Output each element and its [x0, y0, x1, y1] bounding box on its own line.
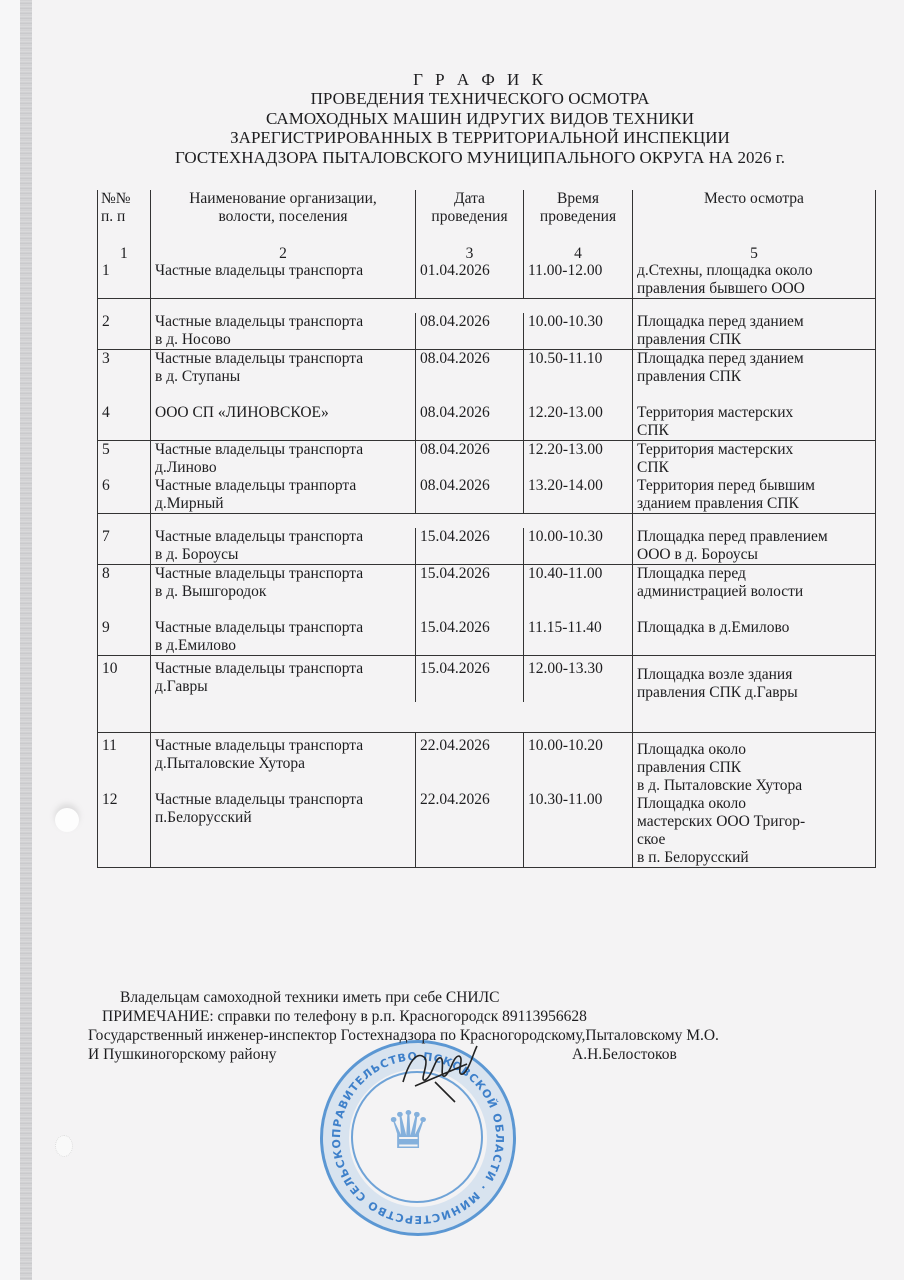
document-footer: Владельцам самоходной техники иметь при …	[88, 988, 719, 1064]
signer-name: А.Н.Белостоков	[572, 1045, 677, 1064]
row-time: 10.40-11.00	[528, 565, 628, 619]
table-row-group: 3 4 Частные владельцы транспорта в д. Ст…	[98, 350, 876, 441]
punch-hole	[55, 808, 79, 832]
row-number: 11	[102, 737, 146, 791]
row-place: д.Стехны, площадка около правления бывше…	[633, 262, 876, 299]
contact-note: ПРИМЕЧАНИЕ: справки по телефону в р.п. К…	[88, 1007, 719, 1026]
row-time: 10.00-10.20	[528, 737, 628, 791]
table-row: 2 Частные владельцы транспорта в д. Носо…	[98, 313, 876, 350]
table-row-group: 11 12 Частные владельцы транспорта д.Пыт…	[98, 733, 876, 868]
row-name: Частные владельцы транспорта д.Гавры	[151, 656, 416, 703]
row-time: 10.50-11.10	[528, 350, 628, 404]
column-number: 3	[416, 246, 524, 262]
column-number: 2	[151, 246, 416, 262]
row-place: Площадка в д.Емилово	[637, 619, 871, 655]
row-date: 15.04.2026	[416, 656, 524, 703]
row-gap	[98, 299, 876, 314]
row-number: 5	[102, 441, 146, 477]
row-gap	[98, 514, 876, 529]
row-place: Площадка перед зданием правления СПК	[633, 313, 876, 350]
row-name: Частные владельцы транспорта п.Белорусск…	[155, 791, 411, 827]
row-number: 3	[102, 350, 146, 404]
row-date: 15.04.2026	[420, 619, 519, 655]
row-place: Площадка возле здания правления СПК д.Га…	[633, 656, 876, 703]
row-date: 08.04.2026	[420, 441, 519, 477]
row-name: Частные владельцы транспорта в д. Вышгор…	[155, 565, 411, 619]
table-row: 1 Частные владельцы транспорта 01.04.202…	[98, 262, 876, 299]
row-date: 01.04.2026	[416, 262, 524, 299]
row-name: Частные владельцы транспорта д.Пыталовск…	[155, 737, 411, 791]
row-place: Площадка перед администрацией волости	[637, 565, 871, 619]
document-title: Г Р А Ф И К	[100, 70, 860, 89]
subtitle-line-1: ПРОВЕДЕНИЯ ТЕХНИЧЕСКОГО ОСМОТРА	[100, 89, 860, 109]
row-name: Частные владельцы транспорта в д. Бороус…	[151, 528, 416, 565]
row-number: 10	[98, 656, 151, 703]
row-name: Частные владельцы транпорта д.Мирный	[155, 477, 411, 513]
row-time: 11.15-11.40	[528, 619, 628, 655]
row-place: Площадка около правления СПК в д. Пытало…	[637, 741, 871, 795]
column-number-row: 1 2 3 4 5	[98, 246, 876, 262]
row-time: 12.20-13.00	[528, 441, 628, 477]
row-time: 13.20-14.00	[528, 477, 628, 513]
row-date: 08.04.2026	[420, 477, 519, 513]
row-time: 12.00-13.30	[524, 656, 633, 703]
inspector-district: И Пушкиногорскому району	[88, 1046, 277, 1063]
snils-requirement: Владельцам самоходной техники иметь при …	[88, 988, 719, 1007]
row-date: 08.04.2026	[420, 350, 519, 404]
row-date: 22.04.2026	[420, 737, 519, 791]
subtitle-line-4: ГОСТЕХНАДЗОРА ПЫТАЛОВСКОГО МУНИЦИПАЛЬНОГ…	[100, 148, 860, 168]
row-name: Частные владельцы транспорта в д. Носово	[151, 313, 416, 350]
page-edge	[0, 0, 20, 1280]
row-number: 8	[102, 565, 146, 619]
row-name: Частные владельцы транспорта в д. Ступан…	[155, 350, 411, 404]
row-name: Частные владельцы транспорта в д.Емилово	[155, 619, 411, 655]
subtitle-line-2: САМОХОДНЫХ МАШИН ИДРУГИХ ВИДОВ ТЕХНИКИ	[100, 109, 860, 129]
table-row: 10 Частные владельцы транспорта д.Гавры …	[98, 656, 876, 703]
row-number: 7	[98, 528, 151, 565]
table-row-group: 5 6 Частные владельцы транспорта д.Линов…	[98, 441, 876, 514]
table-row-group: 8 9 Частные владельцы транспорта в д. Вы…	[98, 565, 876, 656]
column-header-date: Дата проведения	[416, 190, 524, 246]
column-number: 1	[98, 246, 151, 262]
row-date: 08.04.2026	[416, 313, 524, 350]
row-place: Территория перед бывшим зданием правлени…	[637, 477, 871, 513]
column-header-time: Время проведения	[524, 190, 633, 246]
row-number: 9	[102, 619, 146, 655]
row-date: 08.04.2026	[420, 404, 519, 440]
row-number: 2	[98, 313, 151, 350]
column-number: 5	[633, 246, 876, 262]
subtitle-line-3: ЗАРЕГИСТРИРОВАННЫХ В ТЕРРИТОРИАЛЬНОЙ ИНС…	[100, 128, 860, 148]
row-number: 1	[98, 262, 151, 299]
binding-strip	[20, 0, 32, 1280]
row-date: 15.04.2026	[416, 528, 524, 565]
column-header-number: №№ п. п	[98, 190, 151, 246]
document-header: Г Р А Ф И К ПРОВЕДЕНИЯ ТЕХНИЧЕСКОГО ОСМО…	[100, 70, 860, 167]
column-number: 4	[524, 246, 633, 262]
row-time: 11.00-12.00	[524, 262, 633, 299]
row-time: 10.30-11.00	[528, 791, 628, 827]
punch-hole-mark	[55, 1135, 73, 1157]
table-row: 7 Частные владельцы транспорта в д. Боро…	[98, 528, 876, 565]
row-place: Территория мастерских СПК	[637, 404, 871, 440]
row-time: 12.20-13.00	[528, 404, 628, 440]
table-header-row: №№ п. п Наименование организации, волост…	[98, 190, 876, 246]
column-header-place: Место осмотра	[633, 190, 876, 246]
inspection-schedule-table: №№ п. п Наименование организации, волост…	[97, 190, 876, 868]
row-date: 22.04.2026	[420, 791, 519, 827]
row-gap	[98, 702, 876, 733]
row-number: 4	[102, 404, 146, 440]
row-time: 10.00-10.30	[524, 313, 633, 350]
row-date: 15.04.2026	[420, 565, 519, 619]
row-name: Частные владельцы транспорта	[151, 262, 416, 299]
row-time: 10.00-10.30	[524, 528, 633, 565]
row-place: Площадка перед зданием правления СПК	[637, 350, 871, 404]
row-place: Площадка перед правлением ООО в д. Бороу…	[633, 528, 876, 565]
row-number: 12	[102, 791, 146, 827]
row-name: ООО СП «ЛИНОВСКОЕ»	[155, 404, 411, 440]
inspector-position: Государственный инженер-инспектор Гостех…	[88, 1026, 719, 1045]
row-place: Площадка около мастерских ООО Тригор- ск…	[637, 795, 871, 867]
row-name: Частные владельцы транспорта д.Линово	[155, 441, 411, 477]
row-place: Территория мастерских СПК	[637, 441, 871, 477]
row-number: 6	[102, 477, 146, 513]
column-header-name: Наименование организации, волости, посел…	[151, 190, 416, 246]
